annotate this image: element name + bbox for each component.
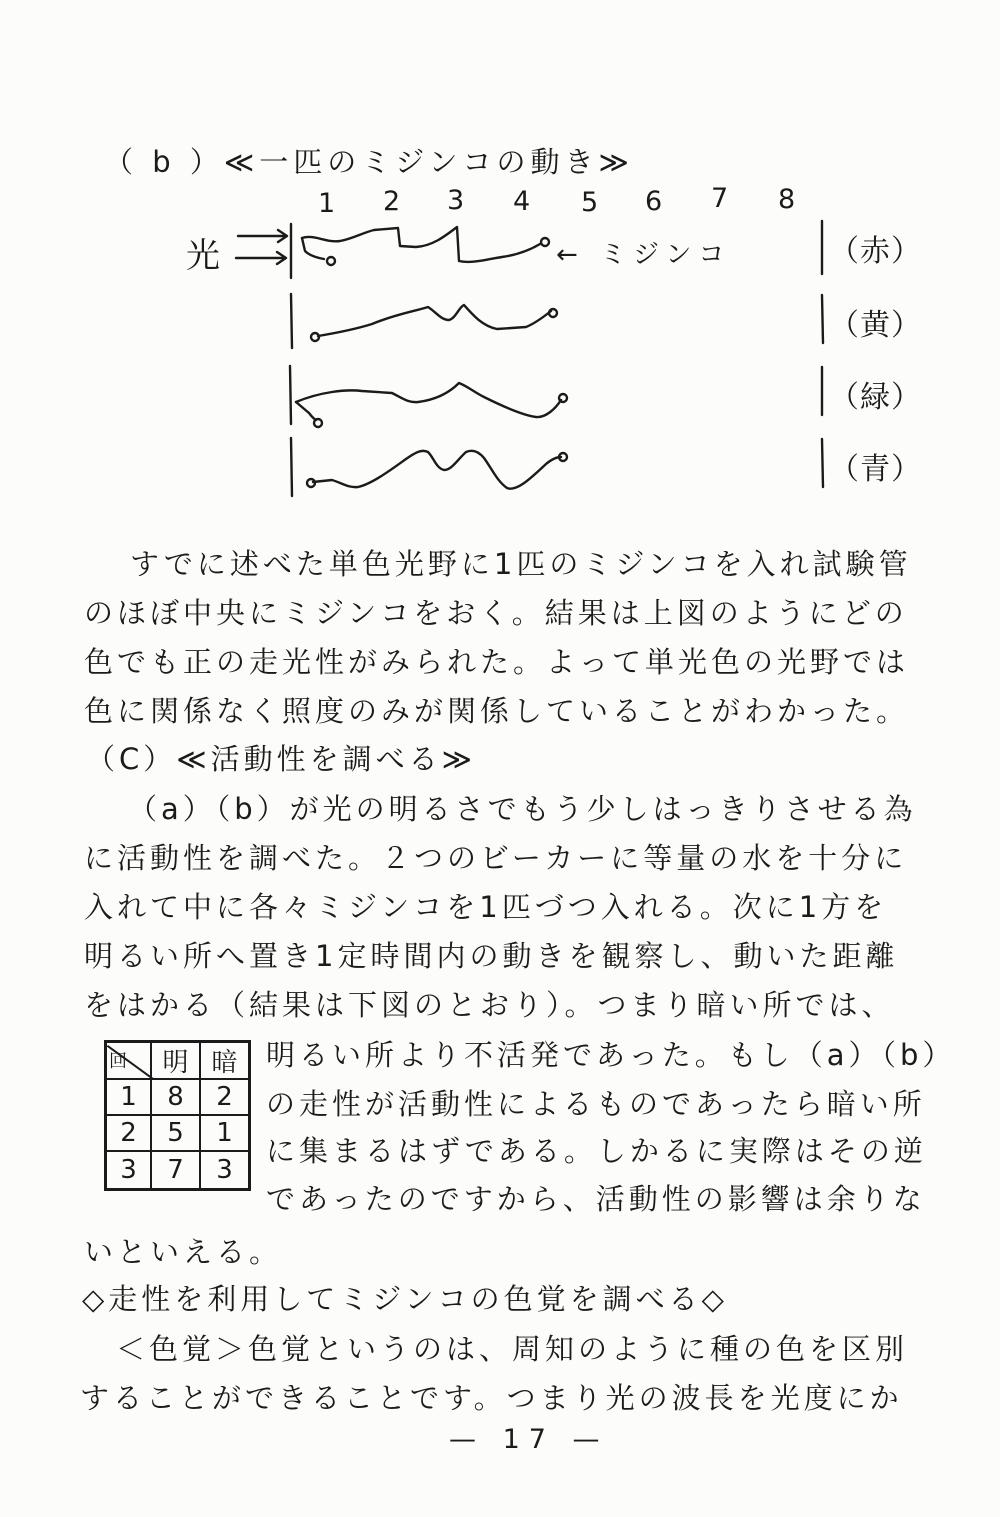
scale-number-7: 7 <box>711 183 728 214</box>
scale-number-1: 1 <box>318 188 335 219</box>
start-tick-blue <box>291 438 292 496</box>
color-label-red: （赤） <box>829 226 922 270</box>
section-heading-diamond: ◇走性を利用してミジンコの色覚を調べる◇ <box>82 1277 728 1318</box>
body-line: に活動性を調べた。２つのビーカーに等量の水を十分に <box>84 836 907 877</box>
color-label-yellow: （黄） <box>829 300 922 344</box>
body-line: 色でも正の走光性がみられた。よって単光色の光野では <box>84 640 909 681</box>
table-cell: 1 <box>201 1116 248 1152</box>
start-tick-yellow <box>291 294 292 348</box>
trace-blue-path <box>307 451 567 489</box>
body-line: 明るい所へ置き1定時間内の動きを観察し、動いた距離 <box>84 934 898 975</box>
body-line: 色に関係なく照度のみが関係していることがわかった。 <box>84 689 909 730</box>
table-corner-label: 回 <box>109 1047 127 1073</box>
scale-number-5: 5 <box>581 187 598 218</box>
table-cell: 2 <box>107 1116 152 1152</box>
end-tick-blue <box>822 439 823 487</box>
body-line: であったのですから、活動性の影響は余りな <box>266 1177 926 1218</box>
body-line: 明るい所より不活発であった。もし（a）（b） <box>266 1033 955 1074</box>
table-cell: 2 <box>201 1080 248 1116</box>
trace-green-path <box>296 383 567 427</box>
table-cell: 3 <box>201 1152 248 1188</box>
body-line: すでに述べた単色光野に1匹のミジンコを入れ試験管 <box>130 542 912 583</box>
scale-number-6: 6 <box>645 186 662 217</box>
activity-table: 回 明 暗 1 8 2 2 5 1 3 7 3 <box>104 1040 251 1191</box>
table-cell: 1 <box>107 1080 152 1116</box>
start-tick-green <box>290 366 291 424</box>
light-label: 光 <box>186 228 220 277</box>
table-cell: 8 <box>152 1080 201 1116</box>
table-cell: 7 <box>152 1152 201 1188</box>
body-line: 入れて中に各々ミジンコを1匹づつ入れる。次に1方を <box>84 885 887 926</box>
mijinko-pointer-label: ← ミジンコ <box>556 234 731 271</box>
trace-yellow-path <box>311 305 557 341</box>
color-label-green: （緑） <box>829 372 922 416</box>
end-tick-yellow <box>822 295 823 343</box>
section-heading-c: （C）≪活動性を調べる≫ <box>86 737 476 778</box>
table-corner-cell: 回 <box>107 1043 152 1080</box>
section-heading-b: （ b ）≪一匹のミジンコの動き≫ <box>104 140 634 181</box>
body-line: （a）（b）が光の明るさでもう少しはっきりさせる為 <box>128 787 917 828</box>
light-arrows-icon <box>236 230 287 264</box>
body-line: のほぼ中央にミジンコをおく。結果は上図のようにどの <box>84 591 908 632</box>
body-line: をはかる（結果は下図のとおり）。つまり暗い所では、 <box>84 983 895 1024</box>
body-line: の走性が活動性によるものであったら暗い所 <box>266 1082 926 1123</box>
scale-number-2: 2 <box>383 186 400 217</box>
table-header-bright: 明 <box>152 1043 201 1080</box>
body-line: いといえる。 <box>84 1230 282 1271</box>
scale-number-3: 3 <box>447 185 464 216</box>
scale-number-4: 4 <box>513 186 530 217</box>
body-line: することができることです。つまり光の波長を光度にか <box>80 1376 903 1417</box>
color-label-blue: （青） <box>829 444 922 488</box>
trace-red-path <box>302 227 549 265</box>
scale-number-8: 8 <box>778 184 795 215</box>
table-header-dark: 暗 <box>201 1043 248 1080</box>
page-number: — 17 — <box>449 1424 609 1455</box>
document-page: （ b ）≪一匹のミジンコの動き≫ 1 2 3 4 5 6 7 8 光 ← ミジ… <box>0 0 1000 1517</box>
table-cell: 3 <box>107 1152 152 1188</box>
body-line: に集まるはずである。しかるに実際はその逆 <box>266 1129 927 1170</box>
table-cell: 5 <box>152 1116 201 1152</box>
body-line: ＜色覚＞色覚というのは、周知のように種の色を区別 <box>116 1327 908 1368</box>
